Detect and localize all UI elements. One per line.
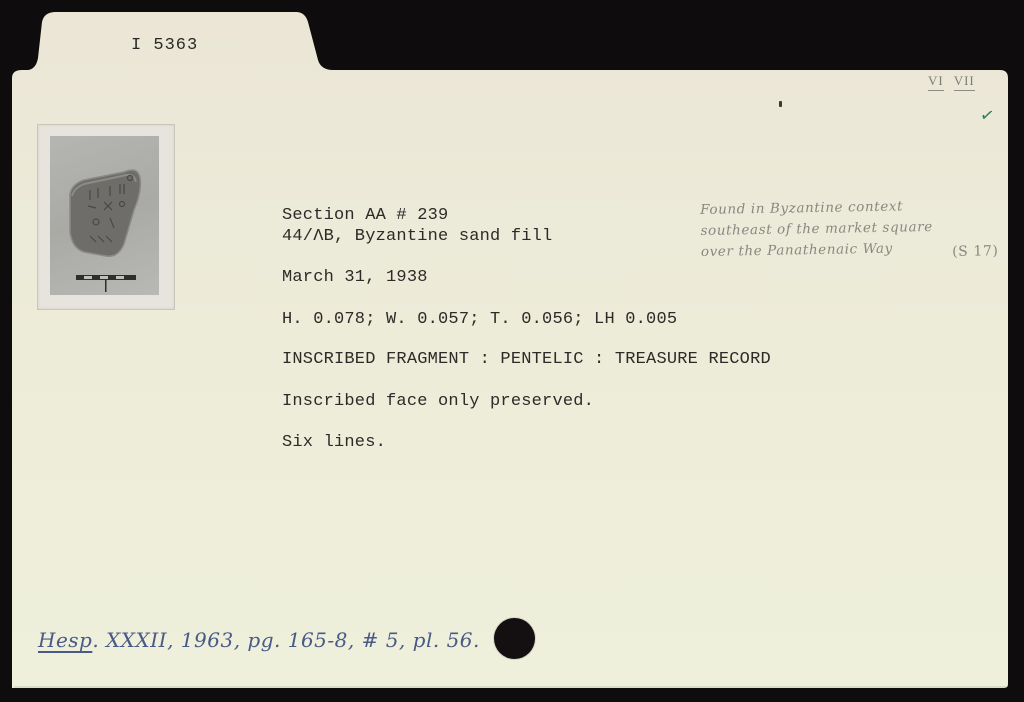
citation-details: . XXXII, 1963, pg. 165-8, # 5, pl. 56. — [92, 628, 480, 652]
date-line: March 31, 1938 — [282, 268, 428, 288]
roman-numeral-vii: VII — [954, 73, 975, 91]
ink-dot — [779, 101, 782, 107]
lines-count-line: Six lines. — [282, 433, 386, 453]
section-line: Section AA # 239 — [282, 206, 448, 226]
classification-line: INSCRIBED FRAGMENT : PENTELIC : TREASURE… — [282, 350, 771, 370]
roman-numeral-vi: VI — [928, 73, 944, 91]
publication-reference: Hesp. XXXII, 1963, pg. 165-8, # 5, pl. 5… — [38, 628, 480, 652]
punch-hole — [494, 618, 535, 659]
dimensions-line: H. 0.078; W. 0.057; T. 0.056; LH 0.005 — [282, 310, 677, 330]
scale-bar — [76, 275, 136, 292]
object-photo — [37, 124, 175, 310]
photo-image — [50, 136, 159, 295]
roman-numeral-marks: VI VII — [928, 73, 975, 91]
context-line: 44/ΛB, Byzantine sand fill — [282, 227, 552, 247]
catalog-number: I 5363 — [131, 36, 198, 55]
pencil-code: (S 17) — [952, 241, 999, 263]
pencil-findspot-note: Found in Byzantine context southeast of … — [700, 196, 933, 263]
catalog-card: I 5363 VI VII ✓ — [0, 0, 1024, 702]
journal-abbrev: Hesp — [38, 628, 92, 652]
inscribed-fragment-image — [50, 136, 159, 295]
condition-line: Inscribed face only preserved. — [282, 392, 594, 412]
